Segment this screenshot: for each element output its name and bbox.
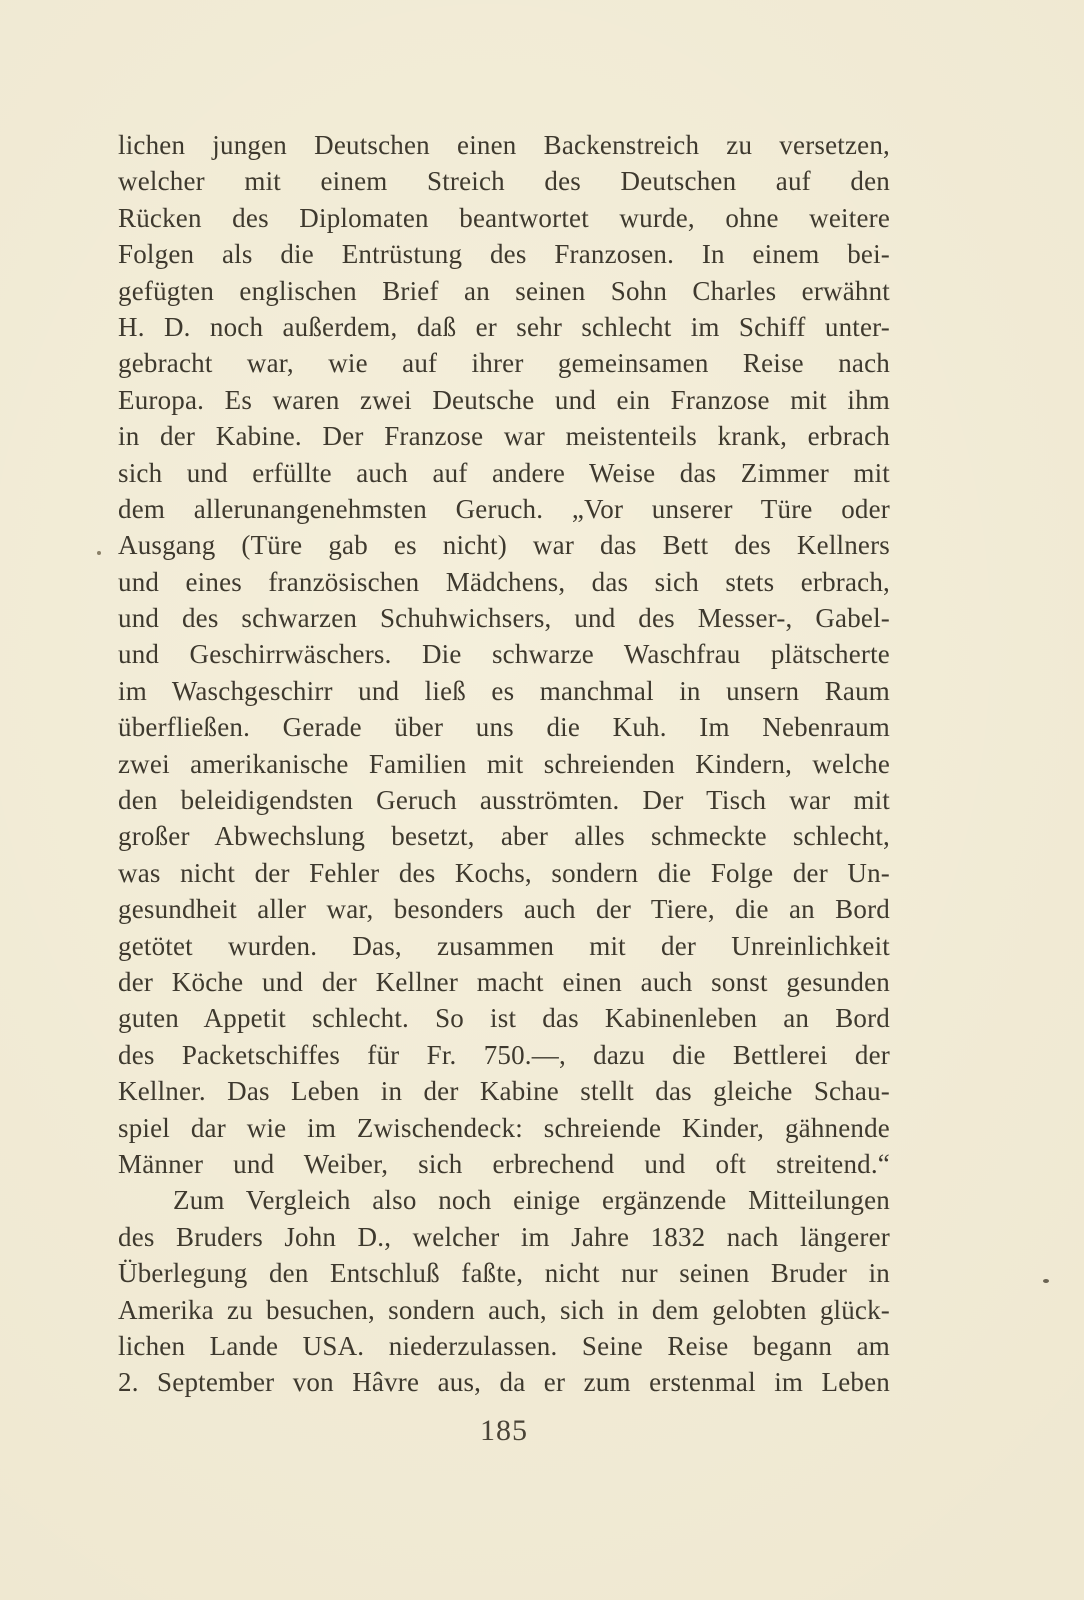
text-line: des Packetschiffes für Fr. 750.—, dazu d… (118, 1037, 890, 1073)
text-line: Rücken des Diplomaten beantwortet wurde,… (118, 200, 890, 236)
text-line: gebracht war, wie auf ihrer gemeinsamen … (118, 345, 890, 381)
text-line: des Bruders John D., welcher im Jahre 18… (118, 1219, 890, 1255)
text-line: guten Appetit schlecht. So ist das Kabin… (118, 1000, 890, 1036)
scanned-page: lichen jungen Deutschen einen Backenstre… (0, 0, 1084, 1600)
text-line: und Geschirrwäschers. Die schwarze Wasch… (118, 636, 890, 672)
text-line: 2. September von Hâvre aus, da er zum er… (118, 1364, 890, 1400)
text-line: Männer und Weiber, sich erbrechend und o… (118, 1146, 890, 1182)
text-line: sich und erfüllte auch auf andere Weise … (118, 455, 890, 491)
text-line: gesundheit aller war, besonders auch der… (118, 891, 890, 927)
text-line: und eines französischen Mädchens, das si… (118, 564, 890, 600)
text-line: getötet wurden. Das, zusammen mit der Un… (118, 928, 890, 964)
text-line: dem allerunangenehmsten Geruch. „Vor uns… (118, 491, 890, 527)
text-line: gefügten englischen Brief an seinen Sohn… (118, 273, 890, 309)
text-line: H. D. noch außerdem, daß er sehr schlech… (118, 309, 890, 345)
text-line: spiel dar wie im Zwischendeck: schreiend… (118, 1110, 890, 1146)
text-line: was nicht der Fehler des Kochs, sondern … (118, 855, 890, 891)
text-line: lichen jungen Deutschen einen Backenstre… (118, 127, 890, 163)
text-line: Kellner. Das Leben in der Kabine stellt … (118, 1073, 890, 1109)
text-line-paragraph-start: Zum Vergleich also noch einige ergänzend… (118, 1182, 890, 1218)
text-line: der Köche und der Kellner macht einen au… (118, 964, 890, 1000)
text-line: Europa. Es waren zwei Deutsche und ein F… (118, 382, 890, 418)
text-line: Folgen als die Entrüstung des Franzosen.… (118, 236, 890, 272)
text-line: welcher mit einem Streich des Deutschen … (118, 163, 890, 199)
text-line: lichen Lande USA. niederzulassen. Seine … (118, 1328, 890, 1364)
text-line: Überlegung den Entschluß faßte, nicht nu… (118, 1255, 890, 1291)
text-line: überfließen. Gerade über uns die Kuh. Im… (118, 709, 890, 745)
page-number: 185 (118, 1414, 890, 1448)
text-line: in der Kabine. Der Franzose war meistent… (118, 418, 890, 454)
ink-speck (97, 551, 101, 555)
text-line: Amerika zu besuchen, sondern auch, sich … (118, 1292, 890, 1328)
ink-speck (1043, 1279, 1049, 1283)
body-text: lichen jungen Deutschen einen Backenstre… (118, 127, 890, 1401)
text-line: großer Abwechslung besetzt, aber alles s… (118, 818, 890, 854)
text-line: und des schwarzen Schuhwichsers, und des… (118, 600, 890, 636)
text-line: den beleidigendsten Geruch ausströmten. … (118, 782, 890, 818)
text-line: zwei amerikanische Familien mit schreien… (118, 746, 890, 782)
text-line: Ausgang (Türe gab es nicht) war das Bett… (118, 527, 890, 563)
text-line: im Waschgeschirr und ließ es manchmal in… (118, 673, 890, 709)
